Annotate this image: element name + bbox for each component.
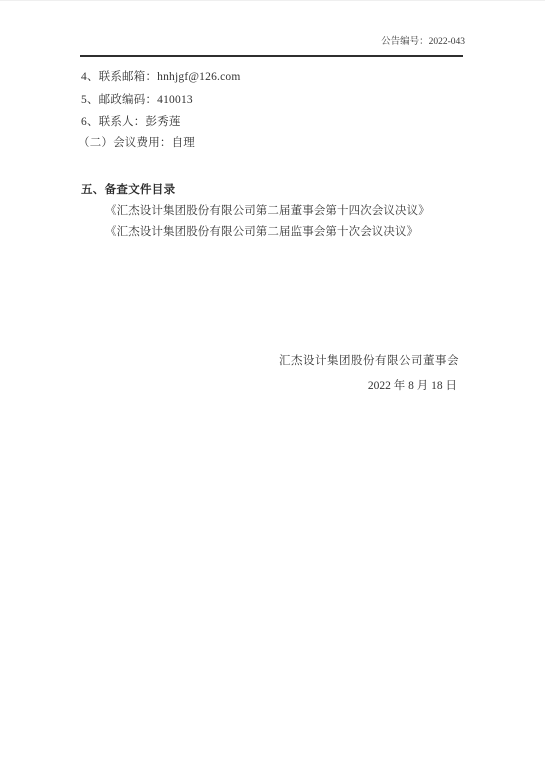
header-rule — [80, 55, 463, 57]
reference-document-supervisory-resolution: 《汇杰设计集团股份有限公司第二届监事会第十次会议决议》 — [105, 225, 418, 240]
contact-email-line: 4、联系邮箱：hnhjgf@126.com — [81, 70, 241, 85]
signature-company: 汇杰设计集团股份有限公司董事会 — [279, 354, 459, 369]
section-heading-reference-documents: 五、备查文件目录 — [81, 183, 175, 198]
reference-document-board-resolution: 《汇杰设计集团股份有限公司第二届董事会第十四次会议决议》 — [105, 204, 430, 219]
document-page: 公告编号：2022-043 4、联系邮箱：hnhjgf@126.com 5、邮政… — [0, 0, 545, 771]
announcement-number: 公告编号：2022-043 — [381, 36, 465, 48]
signature-date: 2022 年 8 月 18 日 — [368, 379, 457, 394]
contact-person-line: 6、联系人：彭秀莲 — [81, 115, 181, 130]
postal-code-line: 5、邮政编码：410013 — [81, 93, 193, 108]
meeting-fee-line: （二）会议费用：自理 — [78, 136, 195, 151]
